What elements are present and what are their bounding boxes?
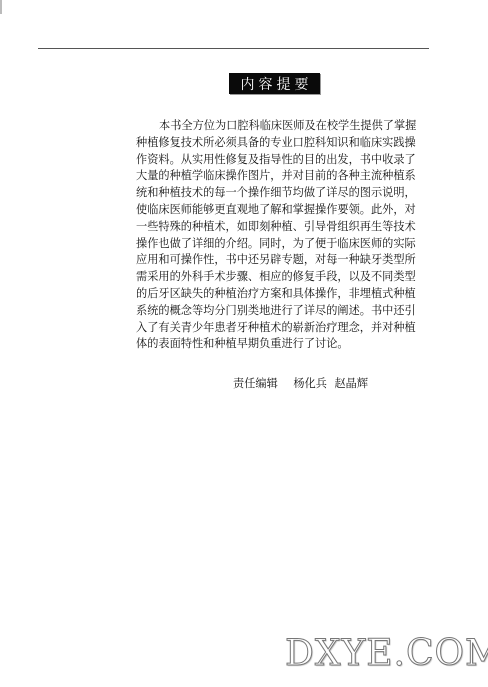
scan-edge-mark [0, 0, 2, 14]
editors-label: 责任编辑 [233, 377, 278, 390]
abstract-line: 本书全方位为口腔科临床医师及在校学生提供了掌握 [136, 118, 414, 135]
abstract-line: 作资料。从实用性修复及指导性的目的出发，书中收录了 [136, 152, 414, 169]
watermark-logo: DXYE.COM [285, 633, 488, 674]
abstract-line: 入了有关青少年患者牙种植术的崭新治疗理念，并对种植 [136, 320, 414, 337]
abstract-line: 使临床医师能够更直观地了解和掌握操作要领。此外，对 [136, 202, 414, 219]
editor-name: 杨化兵 [293, 377, 327, 390]
abstract-line: 体的表面特性和种植早期负重进行了讨论。 [136, 336, 414, 353]
abstract-line: 操作也做了详细的介绍。同时，为了便于临床医师的实际 [136, 236, 414, 253]
section-heading: 内容提要 [237, 74, 313, 94]
responsible-editors: 责任编辑 杨化兵 赵晶辉 [233, 375, 372, 391]
top-rule-divider [38, 48, 429, 49]
editor-name: 赵晶辉 [334, 377, 368, 390]
abstract-line: 大量的种植学临床操作图片，并对目前的各种主流种植系 [136, 168, 414, 185]
abstract-line: 应用和可操作性，书中还另辟专题，对每一种缺牙类型所 [136, 252, 414, 269]
abstract-line: 需采用的外科手术步骤、相应的修复手段，以及不同类型 [136, 269, 414, 286]
abstract-line: 系统的概念等均分门别类地进行了详尽的阐述。书中还引 [136, 303, 414, 320]
abstract-line: 一些特殊的种植术，如即刻种植、引导骨组织再生等技术 [136, 219, 414, 236]
abstract-line: 种植修复技术所必须具备的专业口腔科知识和临床实践操 [136, 135, 414, 152]
abstract-line: 统和种植技术的每一个操作细节均做了详尽的图示说明， [136, 185, 414, 202]
abstract-paragraph: 本书全方位为口腔科临床医师及在校学生提供了掌握 种植修复技术所必须具备的专业口腔… [136, 118, 414, 353]
abstract-line: 的后牙区缺失的种植治疗方案和具体操作，非埋植式种植 [136, 286, 414, 303]
section-heading-box: 内容提要 [229, 73, 320, 94]
